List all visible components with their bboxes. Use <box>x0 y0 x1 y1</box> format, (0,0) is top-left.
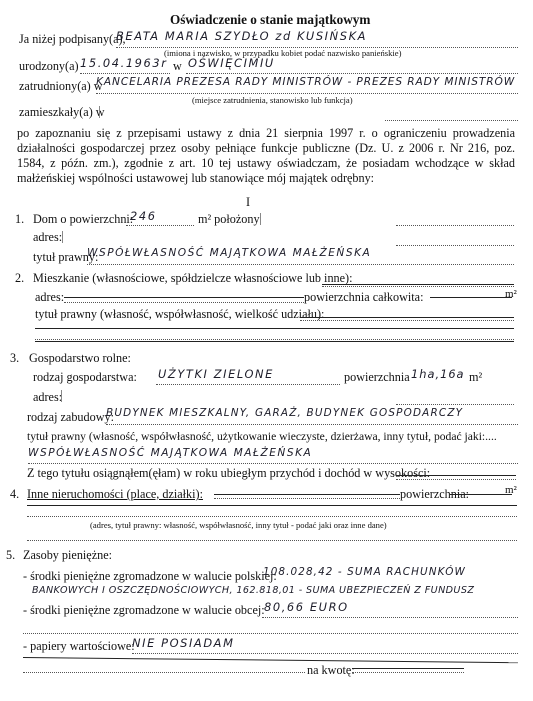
s5-securities-value[interactable]: NIE POSIADAM <box>132 636 235 650</box>
s4-line-3 <box>27 540 517 541</box>
s4-strike-2 <box>27 505 517 506</box>
s2-line-2 <box>35 339 514 340</box>
s5-amount-strike <box>352 668 464 669</box>
signed-value[interactable]: BEATA MARIA SZYDŁO zd KUSIŃSKA <box>116 29 367 43</box>
s2-address-line <box>64 302 304 303</box>
s1-area-label: Dom o powierzchni: <box>33 212 133 227</box>
s5-foreign-value[interactable]: 80,66 EURO <box>264 600 349 614</box>
s1-title-line <box>87 264 514 265</box>
s4-hint: (adres, tytuł prawny: własność, współwła… <box>90 520 387 530</box>
s1-title-value[interactable]: WSPÓŁWŁASNOŚĆ MAJĄTKOWA MAŁŻEŃSKA <box>87 247 371 259</box>
s3-area-label: powierzchnia <box>344 370 410 385</box>
s1-area-line <box>126 225 194 226</box>
s3-area-value[interactable]: 1ha,16a <box>411 367 465 381</box>
s3-address-label: adres: <box>33 390 62 405</box>
s5-pln-value-2[interactable]: BANKOWYCH I OSZCZĘDNOŚCIOWYCH, 162.818,0… <box>32 585 474 596</box>
s3-label: Gospodarstwo rolne: <box>29 351 131 366</box>
born-in-label: w <box>173 59 182 74</box>
residence-label: zamieszkały(a) w <box>19 105 105 120</box>
born-label: urodzony(a) <box>19 59 79 74</box>
employed-label: zatrudniony(a) w <box>19 79 103 94</box>
s3-number: 3. <box>10 351 19 366</box>
employed-hint: (miejsce zatrudnienia, stanowisko lub fu… <box>192 95 353 105</box>
s3-income-label: Z tego tytułu osiągnąłem(ęłam) w roku ub… <box>27 466 430 481</box>
s2-address-label: adres: <box>35 290 64 305</box>
s4-line-1 <box>214 498 400 499</box>
s5-foreign-label: - środki pieniężne zgromadzone w walucie… <box>23 603 265 618</box>
s4-line-2 <box>27 516 517 517</box>
s3-buildings-label: rodzaj zabudowy: <box>27 410 114 425</box>
s1-area-unit: m² położony <box>198 212 260 227</box>
s2-title-line <box>300 320 514 321</box>
s1-address-line <box>396 245 514 246</box>
s5-foreign-line-2 <box>23 633 518 634</box>
s2-strike-2 <box>35 328 514 329</box>
signed-label: Ja niżej podpisany(a), <box>19 32 126 47</box>
redaction-mark <box>260 213 261 225</box>
redaction-mark <box>62 231 63 243</box>
s5-amount-line <box>23 672 305 673</box>
s4-number: 4. <box>10 487 19 502</box>
s3-buildings-line <box>106 424 518 425</box>
s3-address-line <box>396 404 514 405</box>
s3-income-line <box>396 479 516 480</box>
s2-title-strike <box>300 317 514 318</box>
residence-line <box>385 120 518 121</box>
s5-label: Zasoby pieniężne: <box>23 548 112 563</box>
employed-line <box>96 93 518 94</box>
s3-type-label: rodzaj gospodarstwa: <box>33 370 137 385</box>
s5-strike <box>23 657 518 663</box>
s5-amount-value-line <box>352 672 464 673</box>
s3-title-value[interactable]: WSPÓŁWŁASNOŚĆ MAJĄTKOWA MAŁŻEŃSKA <box>28 447 312 459</box>
s3-title-label: tytuł prawny (własność, współwłasność, u… <box>27 430 497 443</box>
s2-label: Mieszkanie (własnościowe, spółdzielcze w… <box>33 271 353 286</box>
s2-number: 2. <box>15 271 24 286</box>
s2-area-label: powierzchnia całkowita: <box>304 290 423 305</box>
employed-value[interactable]: KANCELARIA PREZESA RADY MINISTRÓW - PREZ… <box>96 76 515 88</box>
s5-pln-value-1[interactable]: 108.028,42 - SUMA RACHUNKÓW <box>263 566 466 578</box>
intro-paragraph: po zapoznaniu się z przepisami ustawy z … <box>17 126 515 186</box>
s5-securities-label: - papiery wartościowe: <box>23 639 135 654</box>
s4-strike-1 <box>214 494 400 495</box>
s4-area-strike <box>450 494 512 495</box>
s4-label: Inne nieruchomości (place, działki): <box>27 487 203 502</box>
s2-line-1 <box>322 286 514 287</box>
s3-type-line <box>156 384 340 385</box>
s5-pln-label: - środki pieniężne zgromadzone w walucie… <box>23 569 277 584</box>
redaction-mark <box>61 390 62 402</box>
s3-title-line <box>28 463 518 464</box>
s1-address-label: adres: <box>33 230 62 245</box>
s2-area-unit: m² <box>505 288 517 300</box>
s3-type-value[interactable]: UŻYTKI ZIELONE <box>158 367 274 381</box>
s5-foreign-line <box>262 617 518 618</box>
s1-area-value[interactable]: 246 <box>130 209 157 223</box>
s3-income-strike <box>396 475 516 476</box>
redaction-mark <box>99 106 100 118</box>
born-place[interactable]: OŚWIĘCIMIU <box>188 56 275 70</box>
s2-area-strike <box>430 297 512 298</box>
s4-area-unit: m² <box>505 484 517 496</box>
s3-area-unit: m² <box>469 370 482 385</box>
born-date-line <box>80 73 170 74</box>
s1-number: 1. <box>15 212 24 227</box>
born-place-line <box>186 73 518 74</box>
born-date[interactable]: 15.04.1963r <box>80 56 168 70</box>
document-title: Oświadczenie o stanie majątkowym <box>170 12 370 28</box>
s5-securities-line <box>132 653 518 654</box>
s3-buildings-value[interactable]: BUDYNEK MIESZKALNY, GARAŻ, BUDYNEK GOSPO… <box>106 407 463 419</box>
s2-address-strike <box>64 297 304 298</box>
s5-amount-label: na kwotę: <box>307 663 355 678</box>
section-roman: I <box>246 195 250 210</box>
s2-title-label: tytuł prawny (własność, współwłasność, w… <box>35 307 324 322</box>
s5-number: 5. <box>6 548 15 563</box>
s2-strike-3 <box>35 341 514 342</box>
s2-strike-1 <box>322 284 514 285</box>
s1-line-right <box>396 225 514 226</box>
